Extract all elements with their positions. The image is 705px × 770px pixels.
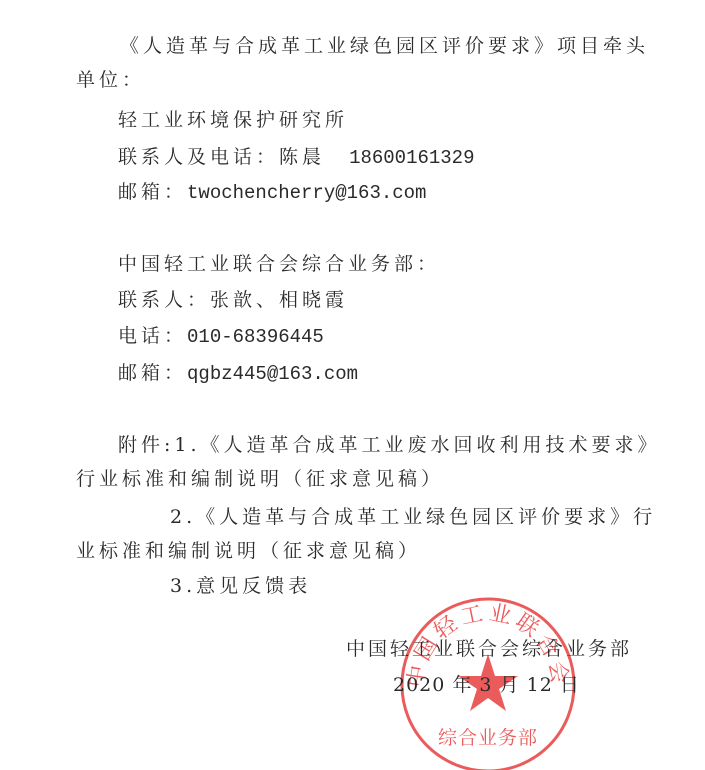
attachment-2-line2: 业标准和编制说明（征求意见稿） <box>76 539 421 563</box>
lead-contact-phone: 18600161329 <box>349 147 474 169</box>
attachment-2-line1: 2.《人造革与合成革工业绿色园区评价要求》行 <box>170 505 656 529</box>
attachment-1-line1: 附件:1.《人造革合成革工业废水回收利用技术要求》 <box>118 433 661 457</box>
attachment-3-line1: 3.意见反馈表 <box>170 574 311 598</box>
federation-org: 中国轻工业联合会综合业务部： <box>118 252 440 276</box>
federation-email: 邮箱：qgbz445@163.com <box>118 361 358 386</box>
federation-phone: 电话：010-68396445 <box>118 324 324 349</box>
federation-email-label: 邮箱： <box>118 362 187 384</box>
heading-line-1: 《人造革与合成革工业绿色园区评价要求》项目牵头 <box>120 34 649 58</box>
seal-bottom-text: 综合业务部 <box>438 727 538 749</box>
attachment-1-line2: 行业标准和编制说明（征求意见稿） <box>76 467 444 491</box>
lead-email-label: 邮箱： <box>118 181 187 203</box>
heading-line-2: 单位： <box>76 68 145 92</box>
lead-email-value: twochencherry@163.com <box>187 182 426 204</box>
federation-email-value: qgbz445@163.com <box>187 363 358 385</box>
lead-email: 邮箱：twochencherry@163.com <box>118 180 426 205</box>
lead-contact-label: 联系人及电话：陈晨 <box>118 146 325 168</box>
federation-phone-label: 电话： <box>118 325 187 347</box>
lead-org: 轻工业环境保护研究所 <box>118 108 348 132</box>
signature-date: 2020 年 3 月 12 日 <box>393 670 580 697</box>
signature-org: 中国轻工业联合会综合业务部 <box>346 634 632 661</box>
federation-contacts: 联系人：张歆、相晓霞 <box>118 288 348 312</box>
attachment-1-title: 1.《人造革合成革工业废水回收利用技术要求》 <box>174 434 660 456</box>
federation-phone-value: 010-68396445 <box>187 326 324 348</box>
attachments-label: 附件: <box>118 434 174 456</box>
lead-contact: 联系人及电话：陈晨 18600161329 <box>118 145 474 170</box>
